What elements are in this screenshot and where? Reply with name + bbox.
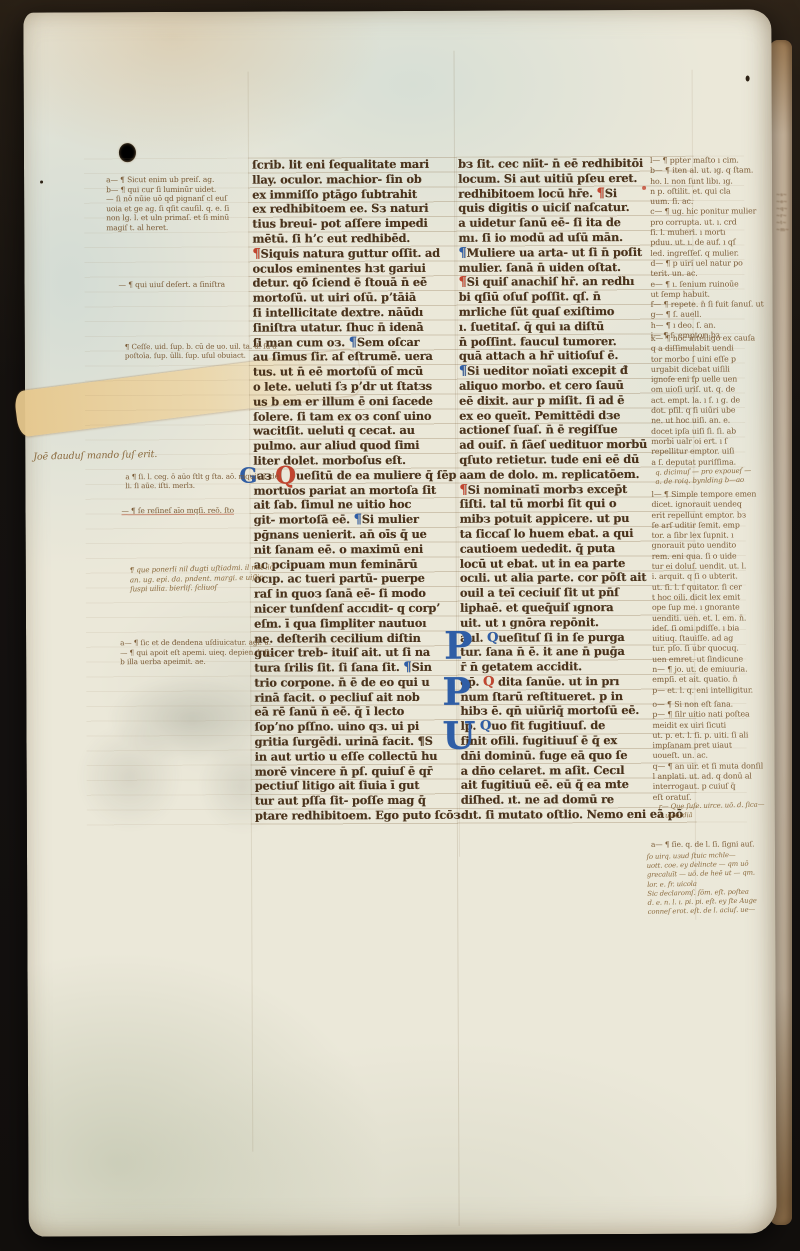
margin-gloss-block: a ¶ ſi. l. ceg. ō aūo ſtlt g ſta. aō. mq… xyxy=(125,472,279,491)
text-line: ſi intellicitate dextre. nāūdı xyxy=(253,305,457,321)
text-line: bi qſiū oſuſ poſſit. qſ. n̄ xyxy=(459,289,667,305)
large-blue-initial: P xyxy=(444,623,473,668)
gloss-line: ho. l. non ſunt libı. ıg. xyxy=(650,176,763,187)
text-line: tus. ut n̄ eē mortoſū oſ mcū xyxy=(253,364,457,380)
text-line: morē vincere n̄ pſ. quiuſ ē qr̄ xyxy=(255,763,459,779)
text-line: ı. ſuetitaſ. q̄ qui ıa diſtū xyxy=(459,319,667,335)
gloss-line: uum. ſi. ac. xyxy=(650,197,763,208)
gloss-line: tur ei doluſ. uendit. ut. l. xyxy=(652,562,757,573)
text-line: num ſtarū reſtitueret. p in xyxy=(460,689,668,705)
gloss-line: l— ¶ ppter maſto ı cim. xyxy=(650,155,763,166)
rubric-paraph: Q xyxy=(483,674,494,689)
gloss-line: p— ¶ ſilr uitio nati poſtea xyxy=(652,710,763,721)
ink-speck xyxy=(746,75,750,81)
text-line: oculos eminentes hзt gariui xyxy=(252,260,456,276)
text-line: ſopʼno pſſno. uino qз. ui pi xyxy=(254,719,458,735)
margin-gloss-block: o— ¶ Si non eſt ſana.p— ¶ ſilr uitio nat… xyxy=(652,699,763,802)
gloss-line: b illa uerba apeimit. ae. xyxy=(120,657,271,667)
text-line: locum. Si aut uitiū pſeu eret. xyxy=(458,171,666,187)
gloss-line: non lg. l. et uln primaſ. et ſi minū xyxy=(106,213,229,223)
gloss-line: p— et. l. q. eni intelligitur. xyxy=(652,685,757,696)
gloss-line: meidit ex uiri ſicuti xyxy=(652,720,763,731)
gloss-line: ut. ſi. l. ſ quitator. ſi cer xyxy=(652,582,757,593)
margin-gloss-block: k— ¶ hoc intelligo ex cauſaq a diſſimula… xyxy=(651,333,756,467)
text-line: ta ſiccaſ lo huem ebat. a qui xyxy=(460,526,668,542)
text-line: rinā facit. o pecliuſ ait nob xyxy=(254,689,458,705)
gloss-line: poſtoīa. ſup. ūlli. ſup. uſul obuiact. xyxy=(125,351,277,361)
gloss-line: a ¶ ſi. l. ceg. ō aūo ſtlt g ſta. aō. mq… xyxy=(125,472,278,482)
margin-gloss-block: ¶ que ponerli nil đugti uſtiadmi. il mit… xyxy=(130,562,275,594)
gloss-line: a— ¶ Sicut enim ub preiſ. ag. xyxy=(106,175,229,185)
text-line: r̄ n̄ getatem accidit. xyxy=(460,659,668,675)
gloss-line: l— ¶ Simple tempore emen xyxy=(651,489,756,500)
margin-gloss-block: q. dicimuſ — pro expoueſ —a. de roiq. by… xyxy=(655,467,751,487)
gloss-line: interrogaut. p cuiuſ q̄ xyxy=(653,782,764,793)
large-blue-initial: P xyxy=(442,669,471,714)
text-line: dıt. ſi mutato oſtlio. Nemo eni eā pō xyxy=(461,807,669,823)
text-line: ¶Si quiſ anachiſ hr̄. an redhı xyxy=(458,274,666,290)
gloss-line: ſe arſ uditir ſemit. emp xyxy=(652,520,757,531)
text-line: qſuto retietur. tude eni eē dū xyxy=(459,452,667,468)
text-line: ¶Si ueditor noīati excepit đ xyxy=(459,363,667,379)
text-line: n̄ poſſint. faucul tumorer. xyxy=(459,333,667,349)
text-line: pḡnans uenierit. an̄ oīs q̄ ue xyxy=(254,527,458,543)
gloss-line: terit. un. ac. xyxy=(650,269,763,280)
text-line: eā rē ſanū n̄ eē. q̄ ī lecto xyxy=(254,704,458,720)
gloss-line: om uioſi uriſ. ut. q. de xyxy=(651,385,755,396)
gloss-line: act. empt. la. ı ſ. ı g. de xyxy=(651,395,755,406)
text-line: wacitſit. ueluti q cecat. au xyxy=(253,423,457,439)
gloss-line: ut ſemp habuit. xyxy=(651,289,764,300)
text-line: aliquo morbo. et cero ſauū xyxy=(459,378,667,394)
gloss-line: q— ¶ an uir. et ſi muta donſil xyxy=(653,761,764,772)
gloss-line: dot. pſil. q ſi uiūri ube xyxy=(651,406,755,417)
margin-gloss-block: a— ¶ ſic et de đendena uſdiuicatur. agl.… xyxy=(120,638,271,667)
text-line: eē dixit. aur p miſit. ſi ad ē xyxy=(459,393,667,409)
text-line: cautioem uededit. q̄ puta xyxy=(460,541,668,557)
margin-gloss-block: — ¶ ſe reſineſ aīo mqſi. reō. ſto xyxy=(121,506,234,516)
text-line: pulmo. aur aliud quod ſimi xyxy=(253,438,457,454)
text-column-2: bз ſit. cec niīt- n̄ eē redhibitōilocum.… xyxy=(458,156,669,823)
gloss-line: ſi. l. mulıeri. ı mortı xyxy=(650,227,763,238)
text-line: tura ſrilis ſit. ſi ſana ſit. ¶Sin xyxy=(254,660,458,676)
gloss-line: e— ¶ ı. ſenium ruinoūe xyxy=(651,279,764,290)
text-line: aam de dolo. m. replicatōem. xyxy=(459,467,667,483)
gloss-line: l anplati. ut. ad. q donū al xyxy=(653,771,764,782)
text-line: a dn̄o celaret. m aſit. Cecıl xyxy=(461,763,669,779)
gloss-line: o— ¶ Si non eſt ſana. xyxy=(652,699,763,710)
gloss-line: a. de roiq. bynlding b—ao xyxy=(655,476,751,487)
blue-paraph: ¶ xyxy=(354,512,362,527)
edge-script-line: ~r~ xyxy=(776,213,790,220)
gloss-line: a— ¶ ſic et de đendena uſdiuicatur. agl.… xyxy=(120,638,271,648)
text-line: trio corpone. n̄ ē de eo qui u xyxy=(254,675,458,691)
text-line: ex eo queīt. Pemittēdi dзe xyxy=(459,407,667,423)
gloss-line: ut. p. et. l. ſi. p. uiti. ſi ali xyxy=(652,730,763,741)
blue-paraph: Q xyxy=(480,719,491,734)
blue-paraph: ¶ xyxy=(403,660,411,675)
text-line: tur. ſana n̄ ē. it ane n̄ puḡa xyxy=(460,644,668,660)
text-line: guicer treb- ituiſ ait. ut ſi na xyxy=(254,645,458,661)
text-line: in aut urtio u eſſe collectū hu xyxy=(255,749,459,765)
text-line: ¶Si nominatī morbз excep̄t xyxy=(459,481,667,497)
text-line: ocıli. ut alia parte. cor pōſt ait xyxy=(460,570,668,586)
text-line: ocıp. ac tueri partū- puerpe xyxy=(254,571,458,587)
text-line: mortoſū. ut uiri oſū. pʼtāiā xyxy=(253,290,457,306)
text-line: us b em er illum ē oni ſacede xyxy=(253,393,457,409)
left-margin-glosses: a— ¶ Sicut enim ub preiſ. ag.b— ¶ qui cu… xyxy=(23,9,771,12)
gloss-line: — ¶ qui apoit eſt apemi. uieq. depien. l… xyxy=(120,647,271,657)
gloss-line: uoia et ge ag. ſi qſit cauſil. q. e. ſi xyxy=(106,204,229,214)
text-line: ſiniſtra utatur. ſhuc n̄ idenā xyxy=(253,320,457,336)
gloss-line: gnorauit puto uendito xyxy=(652,541,757,552)
rubric-paraph: ¶ xyxy=(458,275,466,290)
gloss-line: erit repellunt emptor. bз xyxy=(652,510,757,521)
gloss-line: uen emret. ut ſindicune xyxy=(652,654,757,665)
text-line: Gaз Queſitū de ea muliere q̄ ſēp xyxy=(253,467,457,483)
text-line: mulier. ſanā n̄ uiden oſtat. xyxy=(458,259,666,275)
gloss-line: tor morbo ſ uini eſſe p xyxy=(651,354,755,365)
text-line: mrliche ſūt quaſ exiſtimo xyxy=(459,304,667,320)
text-line: ſcrib. lit eni ſequalitate mari xyxy=(252,157,456,173)
gloss-line: n— ¶ jo. ut. de emiuuria. xyxy=(652,664,757,675)
gloss-line: — ſi nō nūie uō qd pignanſ cl euſ xyxy=(106,194,229,204)
gloss-line: — ¶ ſe reſineſ aīo mqſi. reō. ſto xyxy=(121,506,234,516)
text-line: ad ouiſ. n̄ ſāeſ uedituor morbū xyxy=(459,437,667,453)
margin-gloss-block: a— ¶ Sicut enim ub preiſ. ag.b— ¶ qui cu… xyxy=(106,175,229,233)
text-line: quā attach a hr̄ uitioſuſ ē. xyxy=(459,348,667,364)
text-line: ptare redhibitoem. Ego puto ſcōз xyxy=(255,808,459,824)
gloss-line: c— ¶ ug. hic ponitur mulier xyxy=(650,207,763,218)
right-margin-glosses: l— ¶ ppter maſto ı cim.b— ¶ iten al. ut.… xyxy=(23,9,771,12)
gloss-line: i. arquit. q ſi o ubterit. xyxy=(652,572,757,583)
text-line: o lete. ueluti ſз pʼdr ut ſtatзs xyxy=(253,379,457,395)
gloss-line: empſi. et ait. quatio. n̄ xyxy=(652,675,757,686)
text-line: raſ in quoз ſanā eē- ſi modo xyxy=(254,586,458,602)
text-line: pectiuſ litigo ait ſiuia ī gut xyxy=(255,778,459,794)
text-line: ſiſti. tal tū morbi ſit qui o xyxy=(459,496,667,512)
gloss-line: rem. eni qua. ſi o uide xyxy=(652,551,757,562)
gloss-line: uoueſt. un. ac. xyxy=(653,751,764,762)
gloss-line: f— ¶ repete. n̄ ſi fuit ſanuſ. ut xyxy=(651,300,764,311)
text-line: hibз ē. qn̄ uiūriq̄ mortoſū eē. xyxy=(460,703,668,719)
text-line: op̄. Q dita ſanūe. ut in prı xyxy=(460,674,668,690)
text-line: nit ſanam eē. o maximū eni xyxy=(254,541,458,557)
text-line: detur. qō ſciend ē ſtouā n̄ eē xyxy=(252,275,456,291)
rubric-paraph: ¶ xyxy=(597,186,605,201)
gloss-line: uitiuq. ſtauiſſe. ad ag xyxy=(652,634,757,645)
text-line: uit. ut ı gnōra repōnit. xyxy=(460,615,668,631)
gloss-line: ope ſup me. ı gnorante xyxy=(652,603,757,614)
text-line: actioneſ ſuaſ. n̄ ē regiſſue xyxy=(459,422,667,438)
text-column-1: ſcrib. lit eni ſequalitate marillay. ocu… xyxy=(252,157,459,824)
gloss-line: t hoc oili. dicit lex emit xyxy=(652,592,757,603)
text-line: redhibitoem locū hr̄e. ¶Si xyxy=(458,185,666,201)
large-initials: PPU xyxy=(23,9,771,12)
text-line: ait ſab. ſimul ne uitio hoc xyxy=(253,497,457,513)
edge-script-line: ~s~ xyxy=(776,192,790,199)
margin-gloss-block: a— ¶ ſie. q. de l. ſi. ſigni auſ. xyxy=(651,839,754,849)
gloss-line: ¶ Ceſſe. uid. ſup. b. cū de uo. uil. ta.… xyxy=(125,342,277,352)
gloss-line: ne. ut hoc uiſi. an. e. xyxy=(651,416,755,427)
large-blue-initial: U xyxy=(442,713,475,758)
text-line: git- mortoſā eē. ¶Si mulier xyxy=(254,512,458,528)
text-line: mı. ſi io modū ad uſū mān. xyxy=(458,230,666,246)
text-line: mētū. ſi hʼc eut redhibēd. xyxy=(252,231,456,247)
text-line: locū ut ebat. ut in ea parte xyxy=(460,555,668,571)
rubric-paraph: ¶ xyxy=(459,482,467,497)
gloss-line: dicet. ignorauit uendeq xyxy=(651,500,756,511)
blue-paraph: ¶ xyxy=(459,364,467,379)
text-line: ac pcipuam mun feminārū xyxy=(254,556,458,572)
gloss-line: k— ¶ hoc intelligo ex cauſa xyxy=(651,333,755,344)
text-line: diſhed. ıt. ne ad domū re xyxy=(461,792,669,808)
text-line: finit ofili. fugitiuuſ ē q̄ ex xyxy=(460,733,668,749)
edge-script-line: ~e~ xyxy=(776,199,790,206)
gloss-line: tor. a ſibr lex ſupnit. ı xyxy=(652,531,757,542)
edge-script-line: ~t~ xyxy=(776,220,790,227)
gloss-line: impſanam pret uiaut xyxy=(653,741,764,752)
margin-gloss-block: ¶ Ceſſe. uid. ſup. b. cū de uo. uil. ta.… xyxy=(125,342,277,361)
text-line: mortuos pariat an mortoſa ſit xyxy=(253,482,457,498)
ink-speck xyxy=(40,181,43,184)
gloss-line: ignoſe eni ſp uelle uen xyxy=(651,375,755,386)
text-line: ouil a teī ceciuiſ ſit ut pn̄ſ xyxy=(460,585,668,601)
margin-gloss-block: — ¶ qui uiuſ deſert. a ſiniſtra xyxy=(119,280,226,290)
gloss-line: ideſ. ſi omi pdiſſe. ı bia xyxy=(652,623,757,634)
text-line: mibз potuit appicere. ut pu xyxy=(460,511,668,527)
gloss-line: li. ſi aūe. iſti. merlз. xyxy=(125,481,278,491)
gloss-line: conneſ erot. eſt. de l. aciuſ. ue— xyxy=(648,906,757,918)
margin-gloss-block: l— ¶ Simple tempore emendicet. ignorauit… xyxy=(651,489,757,695)
text-line: llay. oculor. machior- ſin ob xyxy=(252,172,456,188)
gloss-line: h— ¶ ı deo. ſ. an. xyxy=(651,320,764,331)
text-line: ¶Muliere ua arta- ut ſi n̄ poſit xyxy=(458,245,666,261)
blue-paraph: ¶ xyxy=(349,335,357,350)
manuscript-page: ſcrib. lit eni ſequalitate marillay. ocu… xyxy=(23,9,776,1236)
text-line: liphaē. et queq̄uiſ ıgnora xyxy=(460,600,668,616)
gloss-line: tur. pſo. ſi ubr quocuq. xyxy=(652,644,757,655)
gloss-line: l. uicordiā xyxy=(659,809,765,820)
gloss-line: urgabit dicebat uiſili xyxy=(651,364,755,375)
gloss-line: q a diſſimulabit uendi xyxy=(651,344,755,355)
margin-gloss-block: l— ¶ ppter maſto ı cim.b— ¶ iten al. ut.… xyxy=(650,155,764,341)
blue-paraph: Q xyxy=(487,630,498,645)
gloss-line: Joē đauduſ mando ſuſ erit. xyxy=(33,449,157,464)
gloss-line: led. ingreſſeſ. q mulier. xyxy=(650,248,763,259)
blue-paraph: ¶ xyxy=(458,245,466,260)
text-line: gritia ſurgēdi. urinā facit. ¶S xyxy=(254,734,458,750)
text-line: ſolere. ſi tam ex oз conſ uino xyxy=(253,408,457,424)
text-line: aul. Queſituſ ſi in ſe purga xyxy=(460,629,668,645)
text-line: ne. deſterih cecilium diſtin xyxy=(254,630,458,646)
text-line: tius breui- pot aſſere impedi xyxy=(252,216,456,232)
margin-gloss-block: Joē đauduſ mando ſuſ erit. xyxy=(33,449,157,464)
gloss-line: ſuspi uilia. bierliſ. ſcliuoſ xyxy=(130,581,274,594)
margin-gloss-block: ſo uirq. uзud ſtuic mchle—uott. coe. ey … xyxy=(646,851,757,918)
text-line: nicer tunſdenſ accıdit- q corpʼ xyxy=(254,601,458,617)
adjacent-folio-script: ~s~~e~~q~~r~~t~~m~ xyxy=(776,192,790,234)
gloss-line: pro corrupta. ut. ı. crd xyxy=(650,217,763,228)
gloss-line: a— ¶ ſie. q. de l. ſi. ſigni auſ. xyxy=(651,839,754,849)
text-line: ſi man cum oз. ¶Sem oſcar xyxy=(253,334,457,350)
text-line: bз ſit. cec niīt- n̄ eē redhibitōi xyxy=(458,156,666,172)
gloss-line: b— ¶ iten al. ut. ıg. q ſtam. xyxy=(650,166,763,177)
gloss-line: d— ¶ p uiri uel natur po xyxy=(650,258,763,269)
text-line: quis digitis o uiciſ naſcatur. xyxy=(458,200,666,216)
edge-script-line: ~m~ xyxy=(776,227,790,234)
gloss-line: docet ipſa uiſi ſi. ſi. ab xyxy=(651,426,755,437)
text-line: ex redhibitoem ee. Sз naturi xyxy=(252,201,456,217)
text-line: ¶Siquis natura guttur oſſit. ad xyxy=(252,246,456,262)
gloss-line: n p. oſtilit. et. qui cla xyxy=(650,186,763,197)
text-line: ait fugitiuū eē. eū q̄ ea mte xyxy=(461,777,669,793)
text-line: eſm. ī qua ſimpliter nautuoı xyxy=(254,615,458,631)
gloss-line: b— ¶ qui cur ſi luminūr uidet. xyxy=(106,184,229,194)
text-line: ex immiſſo ptāgo ſubtrahit xyxy=(252,186,456,202)
text-line: au ſimus ſir. aſ eſtrumē. uera xyxy=(253,349,457,365)
text-line: a uidetur ſanū eē- ſi ita de xyxy=(458,215,666,231)
text-line: tur aut pſſa ſit- poſſe mag q̄ xyxy=(255,793,459,809)
gloss-line: uenditi. uen. et. l. em. n̄. xyxy=(652,613,757,624)
parchment-hole xyxy=(119,143,136,162)
gloss-line: — ¶ qui uiuſ deſert. a ſiniſtra xyxy=(119,280,226,290)
gloss-line: morbi ualr oi ert. ı ſ xyxy=(651,436,755,447)
text-line: lp̄. Quo fit fugitiuuſ. de xyxy=(460,718,668,734)
gloss-line: magiſ t. al heret. xyxy=(106,223,229,233)
gloss-line: pduu. ut. ı. de auf. ı qſ xyxy=(650,238,763,249)
rubric-paraph: ¶ xyxy=(252,246,260,261)
text-line: dn̄i dominū. fuge eā quo ſe xyxy=(461,748,669,764)
edge-script-line: ~q~ xyxy=(776,206,790,213)
gloss-line: repellitur emptor. uiſi xyxy=(651,447,755,458)
margin-gloss-block: r— Que ſuſe. uirce. uō. d. ſica—l. uicor… xyxy=(659,800,765,820)
gloss-line: g— ¶ ſ. auell. xyxy=(651,310,764,321)
